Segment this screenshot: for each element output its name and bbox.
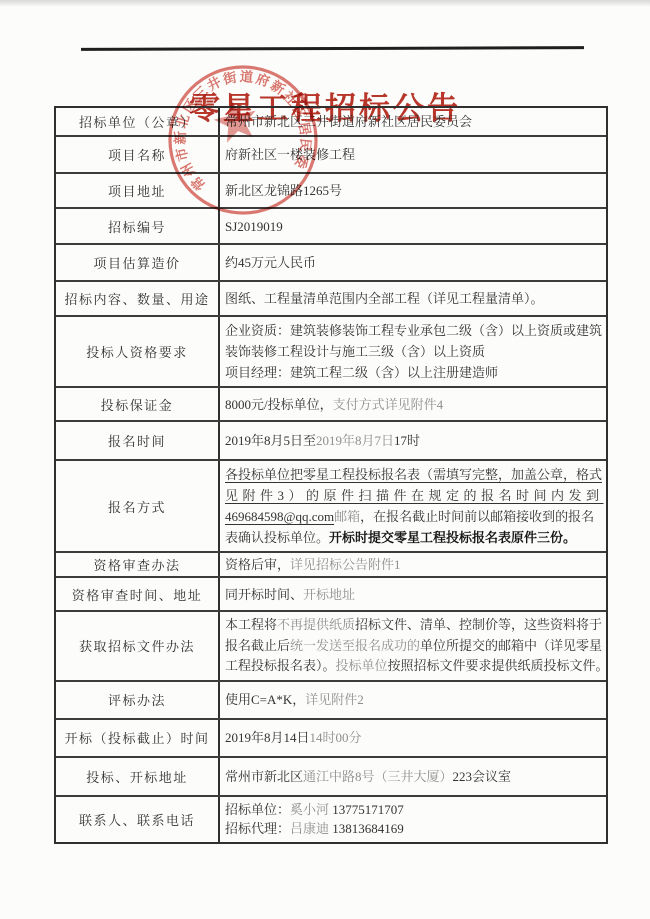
value-line: 新北区龙锦路1265号 <box>225 180 603 201</box>
text-segment: 2019年8月5日至 <box>225 433 316 448</box>
value-line: 本工程将不再提供纸质招标文件、清单、控制价等，这些资料将于 <box>225 615 609 636</box>
text-segment: 详见附件2 <box>305 692 364 707</box>
text-segment: 府新社区一楼装修工程 <box>225 147 355 162</box>
table-row: 项目地址新北区龙锦路1265号 <box>56 174 606 209</box>
value-line: 约45万元人民币 <box>225 252 603 273</box>
row-label: 报名方式 <box>56 461 220 551</box>
row-label: 投标人资格要求 <box>56 317 220 386</box>
row-value: 常州市新北区三井街道府新社区居民委员会 <box>220 108 606 135</box>
value-line: 装饰装修工程设计与施工三级（含）以上资质 <box>225 341 603 362</box>
table-row: 开标（投标截止）时间2019年8月14日14时00分 <box>56 720 606 758</box>
row-value: 各投标单位把零星工程投标报名表（需填写完整，加盖公章，格式见附件3）的原件扫描件… <box>220 461 607 551</box>
row-value: 新北区龙锦路1265号 <box>220 174 606 207</box>
value-line: 常州市新北区三井街道府新社区居民委员会 <box>225 111 603 132</box>
text-segment: 邮箱 <box>334 509 360 524</box>
text-segment: 约45万元人民币 <box>225 255 316 270</box>
value-line: SJ2019019 <box>225 216 603 237</box>
value-line: 企业资质：建筑装修装饰工程专业承包二级（含）以上资质或建筑 <box>225 320 603 341</box>
text-segment: 新北区龙锦路1265号 <box>225 183 342 198</box>
row-value: 府新社区一楼装修工程 <box>220 137 606 172</box>
table-row: 投标、开标地址常州市新北区通江中路8号（三井大厦）223会议室 <box>56 758 606 797</box>
text-segment: 13813684169 <box>329 821 404 836</box>
text-segment: 招标文件、清单、控制价等，这些资料将于 <box>355 617 602 632</box>
row-label: 评标办法 <box>56 682 220 718</box>
text-segment: 常州市新北区三井街道府新社区居民委员会 <box>225 114 472 129</box>
text-segment: 招标单位： <box>225 802 290 817</box>
text-segment: 469684598@qq.com <box>225 509 334 524</box>
text-segment: 招标代理： <box>225 821 290 836</box>
row-label: 联系人、联系电话 <box>56 797 220 842</box>
row-label: 项目名称 <box>56 137 220 172</box>
value-line: 同开标时间、开标地址 <box>225 584 603 605</box>
text-segment: 单位所提交的邮箱中（详见零星 <box>420 638 602 653</box>
row-value: 资格后审，详见招标公告附件1 <box>220 553 606 576</box>
text-segment: 按照招标文件要求提供纸质投标文件。 <box>388 658 609 673</box>
row-value: 同开标时间、开标地址 <box>220 578 606 610</box>
text-segment: 使用C=A*K， <box>225 692 305 707</box>
value-line: 报名截止后统一发送至报名成功的单位所提交的邮箱中（详见零星 <box>225 636 609 657</box>
value-line: 资格后审，详见招标公告附件1 <box>225 556 603 573</box>
row-value: 本工程将不再提供纸质招标文件、清单、控制价等，这些资料将于报名截止后统一发送至报… <box>220 612 612 680</box>
text-segment: 14时00分 <box>310 730 362 745</box>
table-row: 项目名称府新社区一楼装修工程 <box>56 137 606 174</box>
text-segment: 2019年8月14日 <box>225 730 310 745</box>
row-value: 常州市新北区通江中路8号（三井大厦）223会议室 <box>220 758 606 795</box>
table-row: 招标单位（公章）常州市新北区三井街道府新社区居民委员会 <box>56 108 606 137</box>
value-line: 各投标单位把零星工程投标报名表（需填写完整，加盖公章，格式 <box>225 464 604 485</box>
value-line: 2019年8月14日14时00分 <box>225 727 603 748</box>
text-segment: 图纸、工程量清单范围内全部工程（详见工程量清单）。 <box>225 291 544 306</box>
table-row: 报名方式各投标单位把零星工程投标报名表（需填写完整，加盖公章，格式见附件3）的原… <box>56 461 606 553</box>
row-label: 获取招标文件办法 <box>56 612 220 680</box>
value-line: 2019年8月5日至2019年8月7日17时 <box>225 430 603 451</box>
text-segment: 同开标时间、 <box>225 587 303 602</box>
row-value: SJ2019019 <box>220 209 606 243</box>
text-segment: 支付方式详见附件4 <box>333 397 444 412</box>
text-segment: 17时 <box>394 433 420 448</box>
text-segment: 8000元/投标单位， <box>225 397 333 412</box>
value-line: 府新社区一楼装修工程 <box>225 144 603 165</box>
text-segment: 企业资质：建筑装修装饰工程专业承包二级（含）以上资质或建筑 <box>225 323 602 338</box>
row-label: 资格审查时间、地址 <box>56 578 220 610</box>
text-segment: 项目经理：建筑工程二级（含）以上注册建造师 <box>225 365 498 380</box>
text-segment: 开标时提交零星工程投标报名表原件三份。 <box>329 530 576 545</box>
scanned-page: 零星工程招标公告 招标单位（公章）常州市新北区三井街道府新社区居民委员会项目名称… <box>0 0 650 919</box>
value-line: 表确认投标单位。开标时提交零星工程投标报名表原件三份。 <box>225 527 604 548</box>
text-segment: 本工程将 <box>225 617 277 632</box>
text-segment: 2019年8月7日 <box>316 433 394 448</box>
table-row: 资格审查时间、地址同开标时间、开标地址 <box>56 578 606 612</box>
row-value: 约45万元人民币 <box>220 245 606 280</box>
text-segment: 各投标单位把零星工程投标报名表（需填写完整，加盖公章，格式 <box>225 467 602 482</box>
text-segment: 常州市新北区 <box>225 769 303 784</box>
row-label: 投标、开标地址 <box>56 758 220 795</box>
text-segment: 奚小河 <box>290 802 329 817</box>
text-segment: 工程投标报名表）。 <box>225 658 336 673</box>
text-segment: 资格后审， <box>225 557 290 572</box>
value-line: 工程投标报名表）。投标单位按照招标文件要求提供纸质投标文件。 <box>225 656 609 677</box>
table-row: 资格审查办法资格后审，详见招标公告附件1 <box>56 553 606 578</box>
table-row: 联系人、联系电话招标单位：奚小河 13775171707招标代理：吕康迪 138… <box>56 797 606 842</box>
announcement-table: 招标单位（公章）常州市新北区三井街道府新社区居民委员会项目名称府新社区一楼装修工… <box>54 106 608 844</box>
top-rule <box>81 46 584 51</box>
row-label: 报名时间 <box>56 422 220 459</box>
value-line: 见附件3）的原件扫描件在规定的报名时间内发到 <box>225 485 604 506</box>
value-line: 招标代理：吕康迪 13813684169 <box>225 819 603 838</box>
row-label: 资格审查办法 <box>56 553 220 576</box>
value-line: 项目经理：建筑工程二级（含）以上注册建造师 <box>225 362 603 383</box>
text-segment: 报名截止后 <box>225 638 290 653</box>
row-value: 招标单位：奚小河 13775171707招标代理：吕康迪 13813684169 <box>220 797 606 842</box>
text-segment: 吕康迪 <box>290 821 329 836</box>
table-row: 报名时间2019年8月5日至2019年8月7日17时 <box>56 422 606 461</box>
row-label: 项目地址 <box>56 174 220 207</box>
value-line: 图纸、工程量清单范围内全部工程（详见工程量清单）。 <box>225 288 603 309</box>
text-segment: 223会议室 <box>453 769 512 784</box>
text-segment: 投标单位 <box>336 658 388 673</box>
row-value: 使用C=A*K，详见附件2 <box>220 682 606 718</box>
text-segment: 详见招标公告附件1 <box>290 557 401 572</box>
row-value: 图纸、工程量清单范围内全部工程（详见工程量清单）。 <box>220 282 606 315</box>
text-segment: 表确认投标单位。 <box>225 530 329 545</box>
text-segment: 13775171707 <box>329 802 404 817</box>
value-line: 使用C=A*K，详见附件2 <box>225 689 603 710</box>
row-label: 投标保证金 <box>56 388 220 420</box>
row-value: 企业资质：建筑装修装饰工程专业承包二级（含）以上资质或建筑装饰装修工程设计与施工… <box>220 317 606 386</box>
row-label: 招标编号 <box>56 209 220 243</box>
row-value: 8000元/投标单位，支付方式详见附件4 <box>220 388 606 420</box>
row-label: 开标（投标截止）时间 <box>56 720 220 756</box>
table-row: 获取招标文件办法本工程将不再提供纸质招标文件、清单、控制价等，这些资料将于报名截… <box>56 612 606 682</box>
table-row: 招标编号SJ2019019 <box>56 209 606 245</box>
text-segment: 通江中路8号（三井大厦） <box>303 769 453 784</box>
table-row: 投标人资格要求企业资质：建筑装修装饰工程专业承包二级（含）以上资质或建筑装饰装修… <box>56 317 606 388</box>
text-segment: 装饰装修工程设计与施工三级（含）以上资质 <box>225 344 485 359</box>
row-label: 招标内容、数量、用途 <box>56 282 220 315</box>
value-line: 469684598@qq.com邮箱，在报名截止时间前以邮箱接收到的报名 <box>225 506 604 527</box>
table-row: 投标保证金8000元/投标单位，支付方式详见附件4 <box>56 388 606 422</box>
text-segment: 不再提供纸质 <box>277 617 355 632</box>
value-line: 常州市新北区通江中路8号（三井大厦）223会议室 <box>225 766 603 787</box>
row-value: 2019年8月14日14时00分 <box>220 720 606 756</box>
row-label: 项目估算造价 <box>56 245 220 280</box>
text-segment: 见附件3）的原件扫描件在规定的报名时间内发到 <box>225 488 604 503</box>
table-row: 招标内容、数量、用途图纸、工程量清单范围内全部工程（详见工程量清单）。 <box>56 282 606 317</box>
value-line: 8000元/投标单位，支付方式详见附件4 <box>225 394 603 415</box>
text-segment: ，在报名截止时间前以邮箱接收到的报名 <box>360 509 594 524</box>
value-line: 招标单位：奚小河 13775171707 <box>225 800 603 819</box>
row-label: 招标单位（公章） <box>56 108 220 135</box>
row-value: 2019年8月5日至2019年8月7日17时 <box>220 422 606 459</box>
table-row: 评标办法使用C=A*K，详见附件2 <box>56 682 606 720</box>
table-row: 项目估算造价约45万元人民币 <box>56 245 606 282</box>
text-segment: SJ2019019 <box>225 219 283 234</box>
text-segment: 开标地址 <box>303 587 355 602</box>
text-segment: 统一发送至报名成功的 <box>290 638 420 653</box>
